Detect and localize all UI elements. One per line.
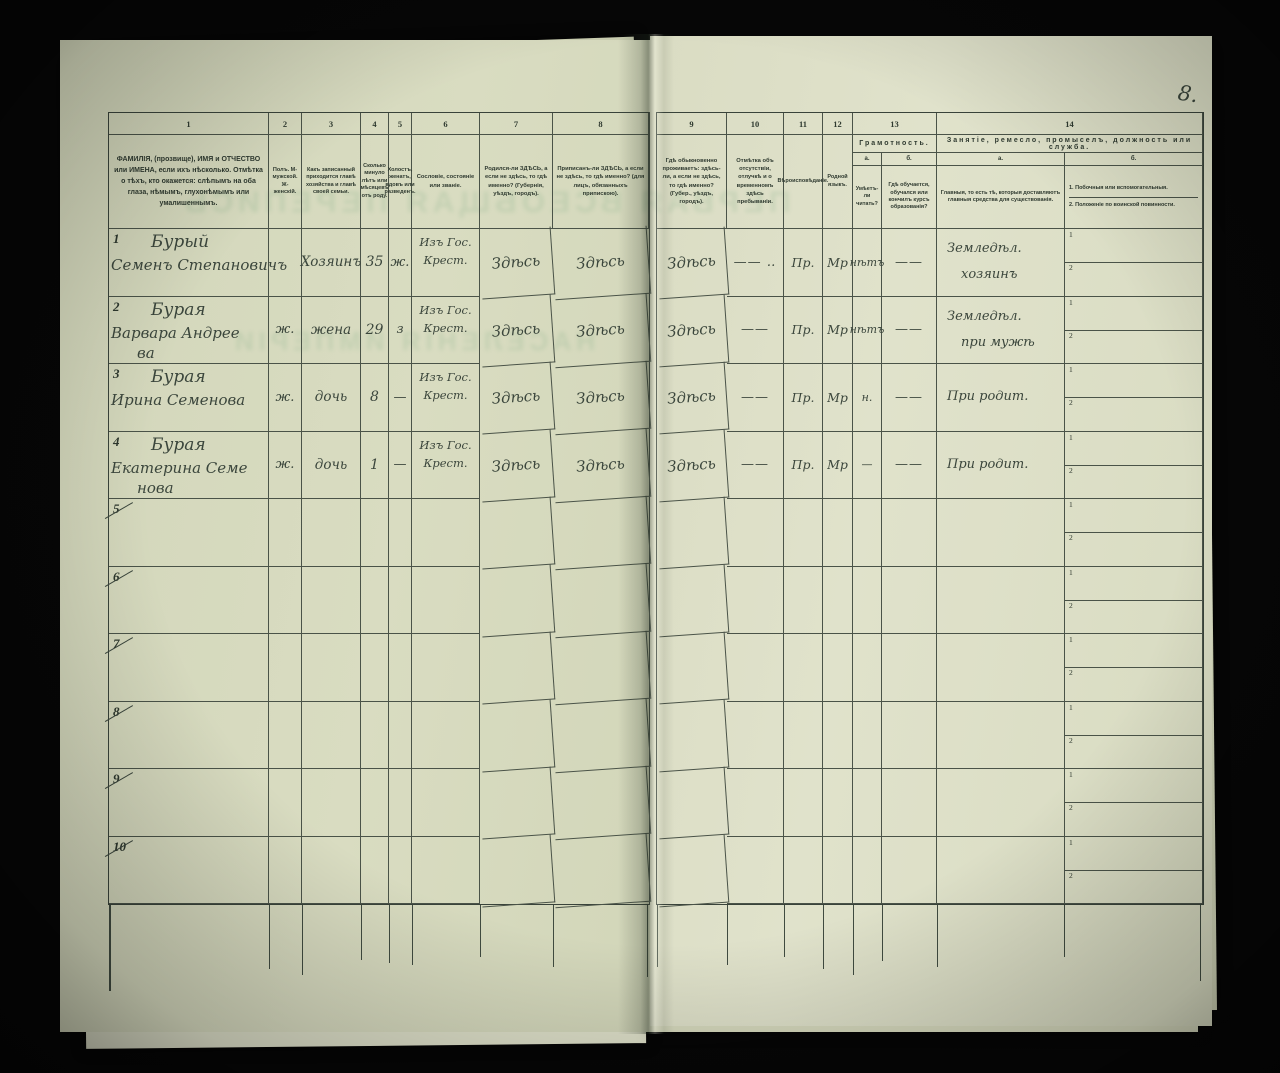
row-6-main-occupation bbox=[937, 567, 1065, 635]
row-4-main-occupation: При родит. bbox=[937, 432, 1065, 500]
col-8-header: Приписанъ-ли ЗДѢСЬ, а если не здѣсь, то … bbox=[553, 135, 649, 229]
row-3-age: 8 bbox=[361, 364, 389, 432]
row-2-registered-here: Здѣсь bbox=[551, 293, 651, 367]
row-1-relation-to-head: Хозяинъ bbox=[302, 229, 361, 297]
row-3-side-occupation-sub2: 2 bbox=[1065, 397, 1202, 430]
row-5-side-occupation-sub1: 1 bbox=[1065, 499, 1202, 533]
row-2-sub2-number: 2 bbox=[1069, 331, 1073, 340]
occupation-b-header: 1. Побочныя или вспомогательныя. 2. Поло… bbox=[1065, 166, 1203, 229]
row-8-native-language bbox=[823, 702, 853, 770]
row-9-age bbox=[361, 769, 389, 837]
col-3-number: 3 bbox=[302, 113, 361, 135]
row-4-estate-line2: Крест. bbox=[423, 454, 467, 472]
table-rule-extension bbox=[269, 905, 270, 969]
row-1-estate-line1: Изъ Гос. bbox=[419, 233, 471, 251]
row-10-estate bbox=[412, 837, 480, 905]
row-2-can-read: нѣтъ bbox=[853, 297, 882, 365]
row-1-marital-status: ж. bbox=[389, 229, 412, 297]
row-4-name-cell: 4БураяЕкатерина Семенова bbox=[109, 432, 269, 500]
row-8-absence-note bbox=[727, 702, 784, 770]
row-9-side-occupation: 12 bbox=[1065, 769, 1203, 837]
row-5-side-occupation-sub2: 2 bbox=[1065, 532, 1202, 565]
table-rule-extension bbox=[882, 905, 883, 961]
row-1-surname: Бурый bbox=[151, 232, 268, 252]
row-8-name-cell: 8 bbox=[109, 702, 269, 770]
row-8-education bbox=[882, 702, 937, 770]
row-3-marital-status: — bbox=[389, 364, 412, 432]
row-2-given-name-2: ва bbox=[137, 344, 268, 362]
table-rule-extension bbox=[853, 905, 854, 975]
row-2-side-occupation-sub1: 1 bbox=[1065, 297, 1202, 331]
row-9-marital-status bbox=[389, 769, 412, 837]
table-rule-extension bbox=[727, 905, 728, 965]
table-rule-extension bbox=[647, 905, 648, 977]
row-9-side-occupation-sub1: 1 bbox=[1065, 769, 1202, 803]
row-4-born-here: Здѣсь bbox=[478, 429, 556, 501]
row-10-registered-here bbox=[551, 833, 651, 907]
row-4-relation-to-head: дочь bbox=[302, 432, 361, 500]
row-1-side-occupation: 12 bbox=[1065, 229, 1203, 297]
row-4-registered-here: Здѣсь bbox=[551, 428, 651, 502]
row-6-education bbox=[882, 567, 937, 635]
row-8-resides-here bbox=[655, 699, 730, 771]
row-7-can-read bbox=[853, 634, 882, 702]
row-2-estate: Изъ Гос.Крест. bbox=[412, 297, 480, 365]
row-2-relation-to-head: жена bbox=[302, 297, 361, 365]
row-4-given-name: Екатерина Семе bbox=[111, 459, 268, 477]
row-3-side-occupation-sub1: 1 bbox=[1065, 364, 1202, 398]
row-6-registered-here bbox=[551, 563, 651, 637]
col-7-header: Родился-ли ЗДѢСЬ, а если не здѣсь, то гд… bbox=[480, 135, 553, 229]
row-3-native-language: Мр bbox=[823, 364, 853, 432]
row-5-marital-status bbox=[389, 499, 412, 567]
col-6-number: 6 bbox=[412, 113, 480, 135]
row-1-resides-here: Здѣсь bbox=[655, 227, 730, 299]
row-9-name-cell: 9 bbox=[109, 769, 269, 837]
table-rule-extension bbox=[480, 905, 481, 957]
row-9-side-occupation-sub2: 2 bbox=[1065, 802, 1202, 835]
row-2-name-cell: 2БураяВарвара Андреева bbox=[109, 297, 269, 365]
table-rule-extension bbox=[389, 905, 390, 963]
table-rule-extension bbox=[361, 905, 362, 960]
row-3-can-read: н. bbox=[853, 364, 882, 432]
row-3-surname: Бурая bbox=[151, 367, 268, 387]
row-5-number: 5 bbox=[113, 501, 120, 517]
row-4-number: 4 bbox=[113, 434, 120, 450]
row-10-side-occupation: 12 bbox=[1065, 837, 1203, 905]
col-9-number: 9 bbox=[657, 113, 727, 135]
literacy-a-label: а. bbox=[853, 153, 882, 166]
table-rule-extension bbox=[657, 905, 658, 967]
row-4-resides-here: Здѣсь bbox=[655, 429, 730, 501]
col-12-header: Родной языкъ. bbox=[823, 135, 853, 229]
row-10-education bbox=[882, 837, 937, 905]
row-1-sub2-number: 2 bbox=[1069, 263, 1073, 272]
row-2-main-occupation: Земледѣл.при мужѣ bbox=[937, 297, 1065, 365]
row-2-sex: ж. bbox=[269, 297, 302, 365]
row-3-absence-note: —— bbox=[727, 364, 784, 432]
row-6-born-here bbox=[478, 564, 556, 636]
row-1-name-cell: 1БурыйСеменъ Степановичъ bbox=[109, 229, 269, 297]
row-8-religion bbox=[784, 702, 823, 770]
row-7-sub1-number: 1 bbox=[1069, 635, 1073, 644]
row-9-absence-note bbox=[727, 769, 784, 837]
row-10-resides-here bbox=[655, 834, 730, 906]
row-5-estate bbox=[412, 499, 480, 567]
row-1-sub1-number: 1 bbox=[1069, 230, 1073, 239]
row-1-side-occupation-sub1: 1 bbox=[1065, 229, 1202, 263]
literacy-a-header: Умѣетъ-ли читать? bbox=[853, 166, 882, 229]
row-5-sub1-number: 1 bbox=[1069, 500, 1073, 509]
row-9-sub2-number: 2 bbox=[1069, 803, 1073, 812]
row-5-age bbox=[361, 499, 389, 567]
row-3-given-name: Ирина Семенова bbox=[111, 391, 268, 409]
row-1-estate-line2: Крест. bbox=[423, 251, 467, 269]
row-3-name-cell: 3БураяИрина Семенова bbox=[109, 364, 269, 432]
row-1-absence-note: —— ‥ bbox=[727, 229, 784, 297]
row-2-age: 29 bbox=[361, 297, 389, 365]
row-4-estate-line1: Изъ Гос. bbox=[419, 436, 471, 454]
row-5-sub2-number: 2 bbox=[1069, 533, 1073, 542]
row-1-estate: Изъ Гос.Крест. bbox=[412, 229, 480, 297]
row-10-native-language bbox=[823, 837, 853, 905]
row-4-sub1-number: 1 bbox=[1069, 433, 1073, 442]
table-rule-extension bbox=[109, 905, 111, 991]
page-number: 8. bbox=[1176, 81, 1200, 108]
row-10-side-occupation-sub2: 2 bbox=[1065, 870, 1202, 903]
col-5-number: 5 bbox=[389, 113, 412, 135]
row-1-side-occupation-sub2: 2 bbox=[1065, 262, 1202, 295]
census-table-right: 9 10 11 12 13 14 Гдѣ обыкновенно прожива… bbox=[656, 112, 1204, 905]
row-4-native-language: Мр bbox=[823, 432, 853, 500]
row-3-main-occupation: При родит. bbox=[937, 364, 1065, 432]
row-8-sub2-number: 2 bbox=[1069, 736, 1073, 745]
row-3-occupation-line1: При родит. bbox=[947, 384, 1028, 410]
row-6-name-cell: 6 bbox=[109, 567, 269, 635]
row-2-estate-line2: Крест. bbox=[423, 319, 467, 337]
row-4-given-name-2: нова bbox=[137, 479, 268, 497]
row-2-occupation-line2: при мужѣ bbox=[961, 330, 1035, 356]
row-6-estate bbox=[412, 567, 480, 635]
photo-scene: ПЕРВАЯ ВСЕОБЩАЯ ПЕРЕПИСЬ НАСЕЛЕНІЯ ИМПЕР… bbox=[0, 0, 1280, 1073]
row-3-estate: Изъ Гос.Крест. bbox=[412, 364, 480, 432]
row-4-age: 1 bbox=[361, 432, 389, 500]
row-4-side-occupation: 12 bbox=[1065, 432, 1203, 500]
row-8-sex bbox=[269, 702, 302, 770]
col-4-number: 4 bbox=[361, 113, 389, 135]
table-rule-extension bbox=[823, 905, 824, 969]
row-2-surname: Бурая bbox=[151, 300, 268, 320]
row-4-sub2-number: 2 bbox=[1069, 466, 1073, 475]
row-4-education: —— bbox=[882, 432, 937, 500]
row-9-estate bbox=[412, 769, 480, 837]
row-6-absence-note bbox=[727, 567, 784, 635]
row-7-number: 7 bbox=[113, 636, 120, 652]
row-9-religion bbox=[784, 769, 823, 837]
table-rule-extension bbox=[302, 905, 303, 975]
col-1-header: ФАМИЛІЯ, (прозвище), ИМЯ и ОТЧЕСТВО или … bbox=[109, 135, 269, 229]
row-4-side-occupation-sub2: 2 bbox=[1065, 465, 1202, 498]
row-7-native-language bbox=[823, 634, 853, 702]
row-3-registered-here: Здѣсь bbox=[551, 361, 651, 435]
row-3-relation-to-head: дочь bbox=[302, 364, 361, 432]
row-3-resides-here: Здѣсь bbox=[655, 362, 730, 434]
row-4-marital-status: — bbox=[389, 432, 412, 500]
table-rule-extension bbox=[784, 905, 785, 957]
row-6-native-language bbox=[823, 567, 853, 635]
row-10-absence-note bbox=[727, 837, 784, 905]
row-8-sub1-number: 1 bbox=[1069, 703, 1073, 712]
col-10-number: 10 bbox=[727, 113, 784, 135]
col-13-number: 13 bbox=[853, 113, 937, 135]
row-6-side-occupation-sub2: 2 bbox=[1065, 600, 1202, 633]
row-4-surname: Бурая bbox=[151, 435, 268, 455]
row-7-sex bbox=[269, 634, 302, 702]
table-rule-extension bbox=[1064, 905, 1065, 957]
row-9-relation-to-head bbox=[302, 769, 361, 837]
col-2-number: 2 bbox=[269, 113, 302, 135]
row-5-relation-to-head bbox=[302, 499, 361, 567]
row-8-born-here bbox=[478, 699, 556, 771]
row-10-sex bbox=[269, 837, 302, 905]
row-7-religion bbox=[784, 634, 823, 702]
row-1-occupation-line1: Земледѣл. bbox=[947, 236, 1022, 262]
row-1-can-read: нѣтъ bbox=[853, 229, 882, 297]
census-table-left-wrap: 1 2 3 4 5 6 7 8 ФАМИЛІЯ, (прозвище), ИМЯ… bbox=[108, 112, 650, 905]
col-12-number: 12 bbox=[823, 113, 853, 135]
row-5-name-cell: 5 bbox=[109, 499, 269, 567]
col-7-number: 7 bbox=[480, 113, 553, 135]
row-10-age bbox=[361, 837, 389, 905]
row-7-registered-here bbox=[551, 631, 651, 705]
row-1-given-name: Семенъ Степановичъ bbox=[111, 256, 268, 274]
col-5-header: Холостъ, женатъ, вдовъ или разведенъ. bbox=[389, 135, 412, 229]
row-8-marital-status bbox=[389, 702, 412, 770]
row-10-sub1-number: 1 bbox=[1069, 838, 1073, 847]
row-8-can-read bbox=[853, 702, 882, 770]
row-10-religion bbox=[784, 837, 823, 905]
row-1-religion: Пр. bbox=[784, 229, 823, 297]
row-4-occupation-line1: При родит. bbox=[947, 452, 1028, 478]
row-7-side-occupation: 12 bbox=[1065, 634, 1203, 702]
row-8-side-occupation-sub1: 1 bbox=[1065, 702, 1202, 736]
col-10-header: Отмѣтка объ отсутствіи, отлучкѣ и о врем… bbox=[727, 135, 784, 229]
row-4-can-read: — bbox=[853, 432, 882, 500]
row-10-can-read bbox=[853, 837, 882, 905]
row-7-main-occupation bbox=[937, 634, 1065, 702]
row-1-main-occupation: Земледѣл.хозяинъ bbox=[937, 229, 1065, 297]
row-9-native-language bbox=[823, 769, 853, 837]
col-9-header: Гдѣ обыкновенно проживаетъ: здѣсь-ли, а … bbox=[657, 135, 727, 229]
row-3-born-here: Здѣсь bbox=[478, 362, 556, 434]
row-7-resides-here bbox=[655, 632, 730, 704]
row-1-native-language: Мр bbox=[823, 229, 853, 297]
row-3-side-occupation: 12 bbox=[1065, 364, 1203, 432]
row-8-side-occupation: 12 bbox=[1065, 702, 1203, 770]
row-2-native-language: Мр bbox=[823, 297, 853, 365]
literacy-b-header: Гдѣ обучается, обучался или кончилъ курс… bbox=[882, 166, 937, 229]
row-2-occupation-line1: Земледѣл. bbox=[947, 304, 1022, 330]
row-9-can-read bbox=[853, 769, 882, 837]
row-1-occupation-line2: хозяинъ bbox=[961, 262, 1017, 288]
row-3-number: 3 bbox=[113, 366, 120, 382]
row-1-age: 35 bbox=[361, 229, 389, 297]
row-3-sub2-number: 2 bbox=[1069, 398, 1073, 407]
row-2-education: —— bbox=[882, 297, 937, 365]
row-1-born-here: Здѣсь bbox=[478, 227, 556, 299]
row-3-sub1-number: 1 bbox=[1069, 365, 1073, 374]
table-rule-extension bbox=[1200, 905, 1201, 981]
row-5-religion bbox=[784, 499, 823, 567]
row-8-side-occupation-sub2: 2 bbox=[1065, 735, 1202, 768]
row-7-age bbox=[361, 634, 389, 702]
col-11-number: 11 bbox=[784, 113, 823, 135]
row-7-relation-to-head bbox=[302, 634, 361, 702]
row-2-side-occupation-sub2: 2 bbox=[1065, 330, 1202, 363]
occupation-a-label: а. bbox=[937, 153, 1065, 166]
row-4-side-occupation-sub1: 1 bbox=[1065, 432, 1202, 466]
row-5-education bbox=[882, 499, 937, 567]
row-7-name-cell: 7 bbox=[109, 634, 269, 702]
occupation-b-header-line2: 2. Положеніе по воинской повинности. bbox=[1069, 197, 1198, 209]
row-6-sex bbox=[269, 567, 302, 635]
col-3-header: Какъ записанный приходится главѣ хозяйст… bbox=[302, 135, 361, 229]
row-8-registered-here bbox=[551, 698, 651, 772]
row-7-side-occupation-sub2: 2 bbox=[1065, 667, 1202, 700]
row-2-marital-status: з bbox=[389, 297, 412, 365]
row-2-given-name: Варвара Андрее bbox=[111, 324, 268, 342]
row-4-estate: Изъ Гос.Крест. bbox=[412, 432, 480, 500]
row-2-number: 2 bbox=[113, 299, 120, 315]
table-rule-extension bbox=[553, 905, 554, 967]
row-8-number: 8 bbox=[113, 704, 120, 720]
col-8-number: 8 bbox=[553, 113, 649, 135]
row-4-sex: ж. bbox=[269, 432, 302, 500]
row-7-absence-note bbox=[727, 634, 784, 702]
row-7-side-occupation-sub1: 1 bbox=[1065, 634, 1202, 668]
col-6-header: Сословіе, состояніе или званіе. bbox=[412, 135, 480, 229]
row-4-religion: Пр. bbox=[784, 432, 823, 500]
occupation-b-header-line1: 1. Побочныя или вспомогательныя. bbox=[1069, 185, 1198, 192]
row-8-estate bbox=[412, 702, 480, 770]
row-9-education bbox=[882, 769, 937, 837]
row-9-sex bbox=[269, 769, 302, 837]
col-11-header: Вѣроисповѣданіе. bbox=[784, 135, 823, 229]
row-3-religion: Пр. bbox=[784, 364, 823, 432]
table-rule-extension bbox=[412, 905, 413, 965]
row-7-education bbox=[882, 634, 937, 702]
row-3-estate-line2: Крест. bbox=[423, 386, 467, 404]
row-5-native-language bbox=[823, 499, 853, 567]
row-9-born-here bbox=[478, 767, 556, 839]
row-9-resides-here bbox=[655, 767, 730, 839]
row-5-absence-note bbox=[727, 499, 784, 567]
row-10-number: 10 bbox=[113, 839, 126, 855]
row-6-age bbox=[361, 567, 389, 635]
row-2-sub1-number: 1 bbox=[1069, 298, 1073, 307]
row-6-sub2-number: 2 bbox=[1069, 601, 1073, 610]
row-9-registered-here bbox=[551, 766, 651, 840]
row-5-sex bbox=[269, 499, 302, 567]
census-table-left: 1 2 3 4 5 6 7 8 ФАМИЛІЯ, (прозвище), ИМЯ… bbox=[108, 112, 650, 905]
row-2-estate-line1: Изъ Гос. bbox=[419, 301, 471, 319]
row-7-born-here bbox=[478, 632, 556, 704]
row-10-born-here bbox=[478, 834, 556, 906]
row-6-relation-to-head bbox=[302, 567, 361, 635]
row-5-side-occupation: 12 bbox=[1065, 499, 1203, 567]
literacy-b-label: б. bbox=[882, 153, 937, 166]
row-7-sub2-number: 2 bbox=[1069, 668, 1073, 677]
occupation-a-header: Главныя, то есть тѣ, которыя доставляютъ… bbox=[937, 166, 1065, 229]
row-10-side-occupation-sub1: 1 bbox=[1065, 837, 1202, 871]
row-2-side-occupation: 12 bbox=[1065, 297, 1203, 365]
row-1-education: —— bbox=[882, 229, 937, 297]
row-8-relation-to-head bbox=[302, 702, 361, 770]
row-6-religion bbox=[784, 567, 823, 635]
row-3-estate-line1: Изъ Гос. bbox=[419, 368, 471, 386]
row-10-sub2-number: 2 bbox=[1069, 871, 1073, 880]
census-table-right-wrap: 9 10 11 12 13 14 Гдѣ обыкновенно прожива… bbox=[656, 112, 1204, 905]
row-2-absence-note: —— bbox=[727, 297, 784, 365]
row-2-religion: Пр. bbox=[784, 297, 823, 365]
left-page: ПЕРВАЯ ВСЕОБЩАЯ ПЕРЕПИСЬ НАСЕЛЕНІЯ ИМПЕР… bbox=[60, 40, 652, 1032]
row-3-sex: ж. bbox=[269, 364, 302, 432]
col-2-header: Полъ. М-мужской. Ж-женскій. bbox=[269, 135, 302, 229]
row-2-born-here: Здѣсь bbox=[478, 294, 556, 366]
row-9-main-occupation bbox=[937, 769, 1065, 837]
row-1-number: 1 bbox=[113, 231, 120, 247]
row-6-number: 6 bbox=[113, 569, 120, 585]
row-5-born-here bbox=[478, 497, 556, 569]
col-1-number: 1 bbox=[109, 113, 269, 135]
row-5-can-read bbox=[853, 499, 882, 567]
row-5-main-occupation bbox=[937, 499, 1065, 567]
row-10-marital-status bbox=[389, 837, 412, 905]
right-page: 9 10 11 12 13 14 Гдѣ обыкновенно прожива… bbox=[650, 36, 1212, 1026]
row-6-resides-here bbox=[655, 564, 730, 636]
row-10-main-occupation bbox=[937, 837, 1065, 905]
literacy-title: Грамотность. bbox=[853, 135, 937, 153]
row-10-name-cell: 10 bbox=[109, 837, 269, 905]
row-7-marital-status bbox=[389, 634, 412, 702]
row-6-sub1-number: 1 bbox=[1069, 568, 1073, 577]
row-2-resides-here: Здѣсь bbox=[655, 294, 730, 366]
row-9-number: 9 bbox=[113, 771, 120, 787]
row-6-marital-status bbox=[389, 567, 412, 635]
col-14-number: 14 bbox=[937, 113, 1203, 135]
row-10-relation-to-head bbox=[302, 837, 361, 905]
occupation-b-label: б. bbox=[1065, 153, 1203, 166]
row-5-registered-here bbox=[551, 496, 651, 570]
row-5-resides-here bbox=[655, 497, 730, 569]
row-3-education: —— bbox=[882, 364, 937, 432]
table-rule-extension bbox=[937, 905, 938, 967]
row-6-can-read bbox=[853, 567, 882, 635]
row-7-estate bbox=[412, 634, 480, 702]
occupation-title: Занятіе, ремесло, промыселъ, должность и… bbox=[937, 135, 1203, 153]
row-8-age bbox=[361, 702, 389, 770]
row-6-side-occupation-sub1: 1 bbox=[1065, 567, 1202, 601]
row-8-main-occupation bbox=[937, 702, 1065, 770]
row-9-sub1-number: 1 bbox=[1069, 770, 1073, 779]
row-1-registered-here: Здѣсь bbox=[551, 226, 651, 300]
row-4-absence-note: —— bbox=[727, 432, 784, 500]
row-6-side-occupation: 12 bbox=[1065, 567, 1203, 635]
